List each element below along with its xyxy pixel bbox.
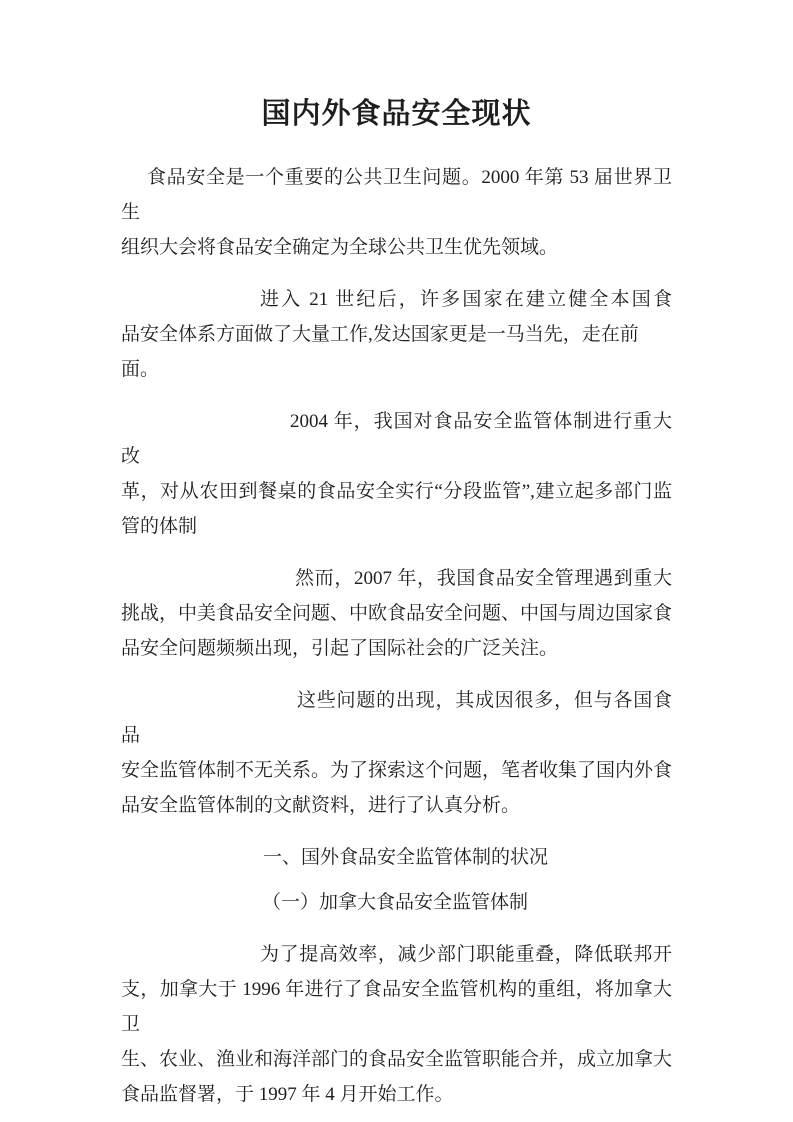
text-line: 品安全监管体制的文献资料，进行了认真分析。 xyxy=(121,788,672,823)
text-line: 这些问题的出现，其成因很多，但与各国食品 xyxy=(121,683,672,753)
text-line: 挑战，中美食品安全问题、中欧食品安全问题、中国与周边国家食 xyxy=(121,596,672,631)
text-line: 2004 年，我国对食品安全监管体制进行重大改 xyxy=(121,404,672,474)
text-line: 然而，2007 年，我国食品安全管理遇到重大 xyxy=(121,561,672,596)
paragraph: 进入 21 世纪后，许多国家在建立健全本国食品安全体系方面做了大量工作,发达国家… xyxy=(121,282,672,387)
paragraph: 食品安全是一个重要的公共卫生问题。2000 年第 53 届世界卫生组织大会将食品… xyxy=(121,160,672,265)
text-line: 生、农业、渔业和海洋部门的食品安全监管职能合并，成立加拿大 xyxy=(121,1042,672,1077)
text-line: 革，对从农田到餐桌的食品安全实行“分段监管”,建立起多部门监 xyxy=(121,474,672,509)
text-line: 食品安全是一个重要的公共卫生问题。2000 年第 53 届世界卫生 xyxy=(121,160,672,230)
text-line: 组织大会将食品安全确定为全球公共卫生优先领域。 xyxy=(121,230,672,265)
paragraph: 2004 年，我国对食品安全监管体制进行重大改革，对从农田到餐桌的食品安全实行“… xyxy=(121,404,672,544)
section-heading: 一、国外食品安全监管体制的状况 xyxy=(121,840,672,875)
text-line: 管的体制 xyxy=(121,509,672,544)
text-line: （一）加拿大食品安全监管体制 xyxy=(121,885,672,920)
paragraph: 然而，2007 年，我国食品安全管理遇到重大挑战，中美食品安全问题、中欧食品安全… xyxy=(121,561,672,666)
text-line: 品安全问题频频出现，引起了国际社会的广泛关注。 xyxy=(121,631,672,666)
document-body: 食品安全是一个重要的公共卫生问题。2000 年第 53 届世界卫生组织大会将食品… xyxy=(121,160,672,1112)
text-line: 安全监管体制不无关系。为了探索这个问题，笔者收集了国内外食 xyxy=(121,753,672,788)
text-line: 品安全体系方面做了大量工作,发达国家更是一马当先，走在前面。 xyxy=(121,317,672,387)
text-line: 食品监督署，于 1997 年 4 月开始工作。 xyxy=(121,1077,672,1112)
paragraph: 为了提高效率，减少部门职能重叠，降低联邦开支，加拿大于 1996 年进行了食品安… xyxy=(121,937,672,1112)
paragraph: 这些问题的出现，其成因很多，但与各国食品安全监管体制不无关系。为了探索这个问题，… xyxy=(121,683,672,823)
text-line: 为了提高效率，减少部门职能重叠，降低联邦开 xyxy=(121,937,672,972)
text-line: 进入 21 世纪后，许多国家在建立健全本国食 xyxy=(121,282,672,317)
text-line: 支，加拿大于 1996 年进行了食品安全监管机构的重组，将加拿大卫 xyxy=(121,972,672,1042)
document-page: 国内外食品安全现状 食品安全是一个重要的公共卫生问题。2000 年第 53 届世… xyxy=(0,0,793,1122)
section-heading: （一）加拿大食品安全监管体制 xyxy=(121,885,672,920)
document-title: 国内外食品安全现状 xyxy=(121,96,672,132)
text-line: 一、国外食品安全监管体制的状况 xyxy=(121,840,672,875)
